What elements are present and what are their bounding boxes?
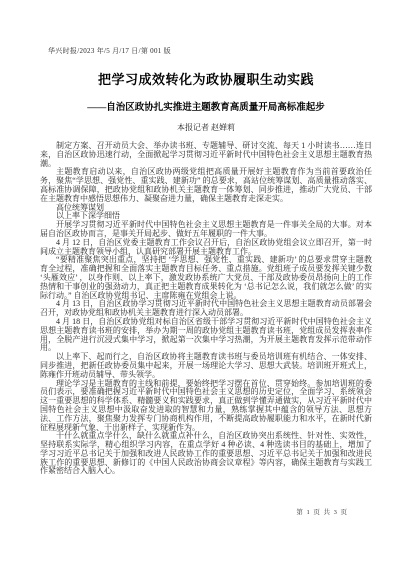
article-body: 制定方案、召开动员大会、举办读书班、专题辅导、研讨交流、每天 1 小时读书……连… bbox=[40, 142, 372, 476]
article-paragraph: 以上率下、起而行之，自治区政协将主题教育读书班与委员培训班有机结合、一体安排、同… bbox=[40, 353, 372, 379]
article-paragraph: 4 月 18 日，自治区政协党组对标自治区省级干部学习贯彻习近平新时代中国特色社… bbox=[40, 318, 372, 353]
article-subtitle: ——自治区政协扎实推进主题教育高质量开局高标准起步 bbox=[40, 99, 372, 113]
article-paragraph: 制定方案、召开动员大会、举办读书班、专题辅导、研讨交流、每天 1 小时读书……连… bbox=[40, 142, 372, 168]
article-byline: 本报记者 赵婵莉 bbox=[40, 122, 372, 133]
article-paragraph: “要精准聚焦突出重点，坚持把 ‘学思想、强党性、重实践、建新功’ 的总要求贯穿主… bbox=[40, 256, 372, 300]
article-paragraph: 4 月 13 日，自治区政协学习贯彻习近平新时代中国特色社会主义思想主题教育动员… bbox=[40, 300, 372, 318]
article-paragraph: 干什么就重点学什么，缺什么就重点补什么，自治区政协突出系统性、针对性、实效性，坚… bbox=[40, 432, 372, 476]
document-page: 华兴时报/2023 年/5 月/17 日/第 001 版 把学习成效转化为政协履… bbox=[0, 0, 410, 580]
newspaper-dateline: 华兴时报/2023 年/5 月/17 日/第 001 版 bbox=[40, 46, 372, 56]
article-paragraph: 开展学习贯彻习近平新时代中国特色社会主义思想主题教育是一件事关全局的大事。对本届… bbox=[40, 221, 372, 239]
article-title: 把学习成效转化为政协履职生动实践 bbox=[40, 69, 372, 88]
article-paragraph: 理论学习是主题教育的主线和前提，要始终把学习摆在首位、贯穿始终。参加培训班的委员… bbox=[40, 380, 372, 433]
page-number: 第 1 页 共 3 页 bbox=[296, 507, 348, 516]
article-paragraph: 主题教育启动以来，自治区政协两级党组把高质量开展好主题教育作为当前首要政治任务，… bbox=[40, 168, 372, 203]
article-paragraph: 4 月 12 日，自治区党委主题教育工作会议召开后，自治区政协党组会议立即召开，… bbox=[40, 239, 372, 257]
